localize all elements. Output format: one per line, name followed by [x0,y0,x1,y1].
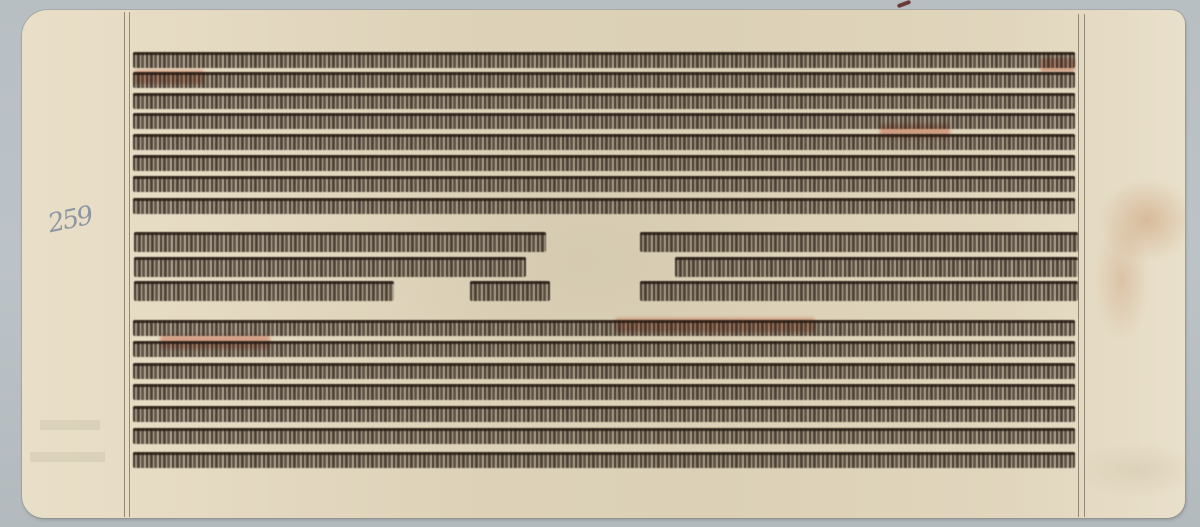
verse-line-left-tail [470,281,550,301]
right-ruling-line [1078,14,1079,517]
text-line: ...धक्तरः प्रध्यातस्यादि...तत्त्वानि...म… [133,406,1075,422]
faint-pencil-mark [30,452,105,462]
text-line: स्मपातो...तदादि...यादिद्दिधनातम [133,176,1075,192]
text-line: ...स्वरूपेषु...सविकाररचत...मर्तमिबुक्षिस… [133,384,1075,400]
text-line: ...स्वतानत्वा...अप्रभाव...मर्हर...नयाधकम… [133,452,1075,468]
faint-pencil-mark [40,420,100,430]
text-line: केन...सर्व...तिमान...प्रकृतिमहस्तहित [133,155,1075,171]
text-line: ...अन्यकल्पना...सप्तत्वाद...दानकोटिया...… [133,428,1075,444]
verse-line-right: ।दिसंबक्ष्यकत्रा क्रनोमितच्छता प्रख्यात्… [640,232,1078,252]
text-line: ...रवायाक...ध्यम...वरत्यासभिनत्यावाद्का [133,341,1075,357]
verse-line-left: मा न्द्क वाह्याः क्रियातस्पदस मादिनाः स्… [134,232,546,252]
text-line: ...तत्र...पर...ममावधीनाधाव्याभा [133,113,1075,129]
text-line: धानादि क्रियाकारानन्यार्थिकसवाभाव...यस्त… [133,52,1075,68]
text-line: कानवक्र...अन्यादि...व्यापार...क्रियात क्… [133,93,1075,109]
right-ruling-line [1084,14,1085,517]
verse-line-right: श्रम्यकरसस्मा सा उनकाद्या दितरूणदलमचस [640,281,1078,301]
verse-line-left: याद्दाकद्रमा वा नाश्रया क्रच उास्यर्दि [134,281,394,301]
ink-mark [897,0,912,8]
text-line: ...ग्रयादि...नितमीभ...प्रतिशयासकारयाणानत… [133,320,1075,336]
text-line: मातास्त्रमानमर्हरक...मामानार्थ...स्याथः … [133,198,1075,214]
left-ruling-line [124,12,125,517]
verse-line-right: नितासप्रतिसुद्धा धसमाप्रातिकदिरूत्याद्डी [675,257,1078,277]
verse-line-left: पतिम हर्षकादयः नयप्रजनातप्रमाद न्तुप्रच्… [134,257,526,277]
left-ruling-line [129,12,130,517]
text-line: ...अप्यातायुगा द्वित्वे अन्याय...तत्र वा… [133,72,1075,88]
text-line: ...तम...तिमद्र...कादय...श्रुतिमेधा... [133,134,1075,150]
text-line: ...अन्यात्तात...क्रियान्...नत्वकु तानप्र… [133,363,1075,379]
